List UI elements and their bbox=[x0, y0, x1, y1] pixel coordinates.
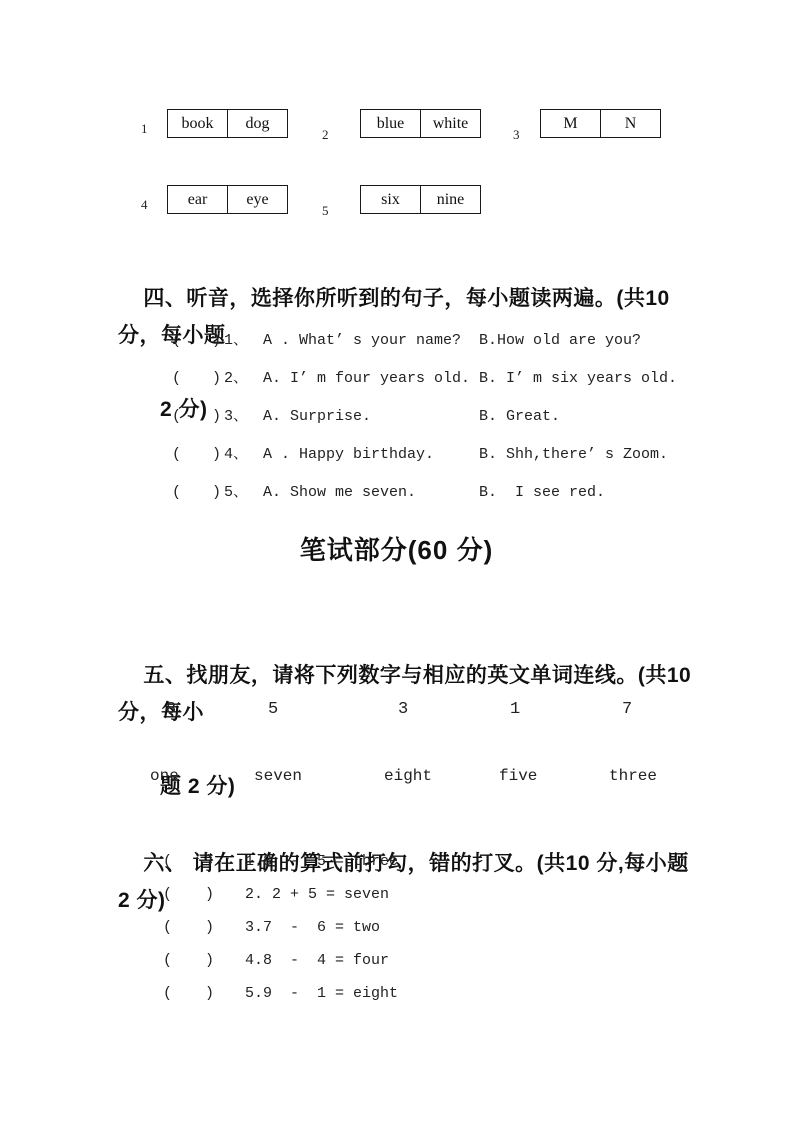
answer-paren-open: ( bbox=[172, 484, 212, 501]
answer-paren-close: ) bbox=[212, 446, 224, 463]
answer-paren-close: ) bbox=[212, 484, 224, 501]
match-number: 8 bbox=[166, 700, 176, 719]
match-word: three bbox=[609, 767, 657, 785]
equation-item: ()1.8 - 5 = three bbox=[163, 853, 398, 874]
listening-choice-list: ()1、A . What’ s your name?B.How old are … bbox=[172, 328, 677, 518]
answer-paren-open: ( bbox=[163, 952, 205, 973]
answer-paren-close: ) bbox=[212, 408, 224, 425]
equation-item: ()4.8 - 4 = four bbox=[163, 952, 398, 973]
option-b: B. I’ m six years old. bbox=[479, 370, 677, 387]
equation-judge-list: ()1.8 - 5 = three ()2. 2 + 5 = seven ()3… bbox=[163, 853, 398, 1018]
option-a: A . What’ s your name? bbox=[263, 332, 479, 349]
item-number: 3 bbox=[513, 127, 520, 143]
item-number: 4 bbox=[141, 197, 148, 213]
option-a: A. Surprise. bbox=[263, 408, 479, 425]
option-b: B. I see red. bbox=[479, 484, 605, 501]
item-number: 2 bbox=[322, 127, 329, 143]
match-word: eight bbox=[384, 767, 432, 785]
answer-paren-open: ( bbox=[163, 853, 205, 874]
option-a: A. I’ m four years old. bbox=[263, 370, 479, 387]
match-number: 7 bbox=[622, 700, 632, 719]
item-number: 5、 bbox=[224, 480, 263, 501]
item-number: 3、 bbox=[224, 404, 263, 425]
equation-text: 1.8 - 5 = three bbox=[245, 853, 398, 874]
word-cell: book bbox=[168, 110, 227, 137]
word-cell: white bbox=[420, 110, 480, 137]
item-number: 1、 bbox=[224, 328, 263, 349]
equation-text: 4.8 - 4 = four bbox=[245, 952, 389, 973]
answer-paren-open: ( bbox=[163, 886, 205, 907]
written-section-title: 笔试部分(60 分) bbox=[0, 530, 793, 567]
word-pair-box: M N bbox=[540, 109, 661, 138]
answer-paren-open: ( bbox=[163, 985, 205, 1006]
word-cell: ear bbox=[168, 186, 227, 213]
option-a: A. Show me seven. bbox=[263, 484, 479, 501]
item-number: 5 bbox=[322, 203, 329, 219]
answer-paren-close: ) bbox=[212, 370, 224, 387]
listening-item: ()3、A. Surprise.B. Great. bbox=[172, 404, 677, 426]
answer-paren-close: ) bbox=[205, 985, 245, 1006]
word-cell: blue bbox=[361, 110, 420, 137]
word-cell: six bbox=[361, 186, 420, 213]
answer-paren-open: ( bbox=[163, 919, 205, 940]
listening-item: ()1、A . What’ s your name?B.How old are … bbox=[172, 328, 677, 350]
word-cell: nine bbox=[420, 186, 480, 213]
answer-paren-open: ( bbox=[172, 370, 212, 387]
item-number: 2、 bbox=[224, 366, 263, 387]
match-number: 5 bbox=[268, 700, 278, 719]
match-word: five bbox=[499, 767, 537, 785]
equation-item: ()3.7 - 6 = two bbox=[163, 919, 398, 940]
answer-paren-open: ( bbox=[172, 446, 212, 463]
listening-item: ()2、A. I’ m four years old.B. I’ m six y… bbox=[172, 366, 677, 388]
answer-paren-close: ) bbox=[205, 886, 245, 907]
match-number: 3 bbox=[398, 700, 408, 719]
listening-item: ()4、A . Happy birthday.B. Shh,there’ s Z… bbox=[172, 442, 677, 464]
equation-text: 2. 2 + 5 = seven bbox=[245, 886, 389, 907]
answer-paren-open: ( bbox=[172, 408, 212, 425]
word-pair-box: blue white bbox=[360, 109, 481, 138]
word-cell: M bbox=[541, 110, 600, 137]
word-pair-box: ear eye bbox=[167, 185, 288, 214]
answer-paren-open: ( bbox=[172, 332, 212, 349]
word-cell: N bbox=[600, 110, 660, 137]
match-word: seven bbox=[254, 767, 302, 785]
equation-item: ()5.9 - 1 = eight bbox=[163, 985, 398, 1006]
word-cell: dog bbox=[227, 110, 287, 137]
equation-text: 3.7 - 6 = two bbox=[245, 919, 380, 940]
equation-text: 5.9 - 1 = eight bbox=[245, 985, 398, 1006]
listening-item: ()5、A. Show me seven.B. I see red. bbox=[172, 480, 677, 502]
match-word: one bbox=[150, 767, 179, 785]
word-pair-box: six nine bbox=[360, 185, 481, 214]
option-b: B. Great. bbox=[479, 408, 560, 425]
answer-paren-close: ) bbox=[205, 853, 245, 874]
equation-item: ()2. 2 + 5 = seven bbox=[163, 886, 398, 907]
word-pair-box: book dog bbox=[167, 109, 288, 138]
item-number: 1 bbox=[141, 121, 148, 137]
option-b: B.How old are you? bbox=[479, 332, 641, 349]
option-a: A . Happy birthday. bbox=[263, 446, 479, 463]
option-b: B. Shh,there’ s Zoom. bbox=[479, 446, 668, 463]
answer-paren-close: ) bbox=[205, 919, 245, 940]
answer-paren-close: ) bbox=[205, 952, 245, 973]
match-number: 1 bbox=[510, 700, 520, 719]
test-paper-page: 1 book dog 2 blue white 3 M N 4 ear eye … bbox=[0, 0, 793, 1122]
word-cell: eye bbox=[227, 186, 287, 213]
answer-paren-close: ) bbox=[212, 332, 224, 349]
item-number: 4、 bbox=[224, 442, 263, 463]
